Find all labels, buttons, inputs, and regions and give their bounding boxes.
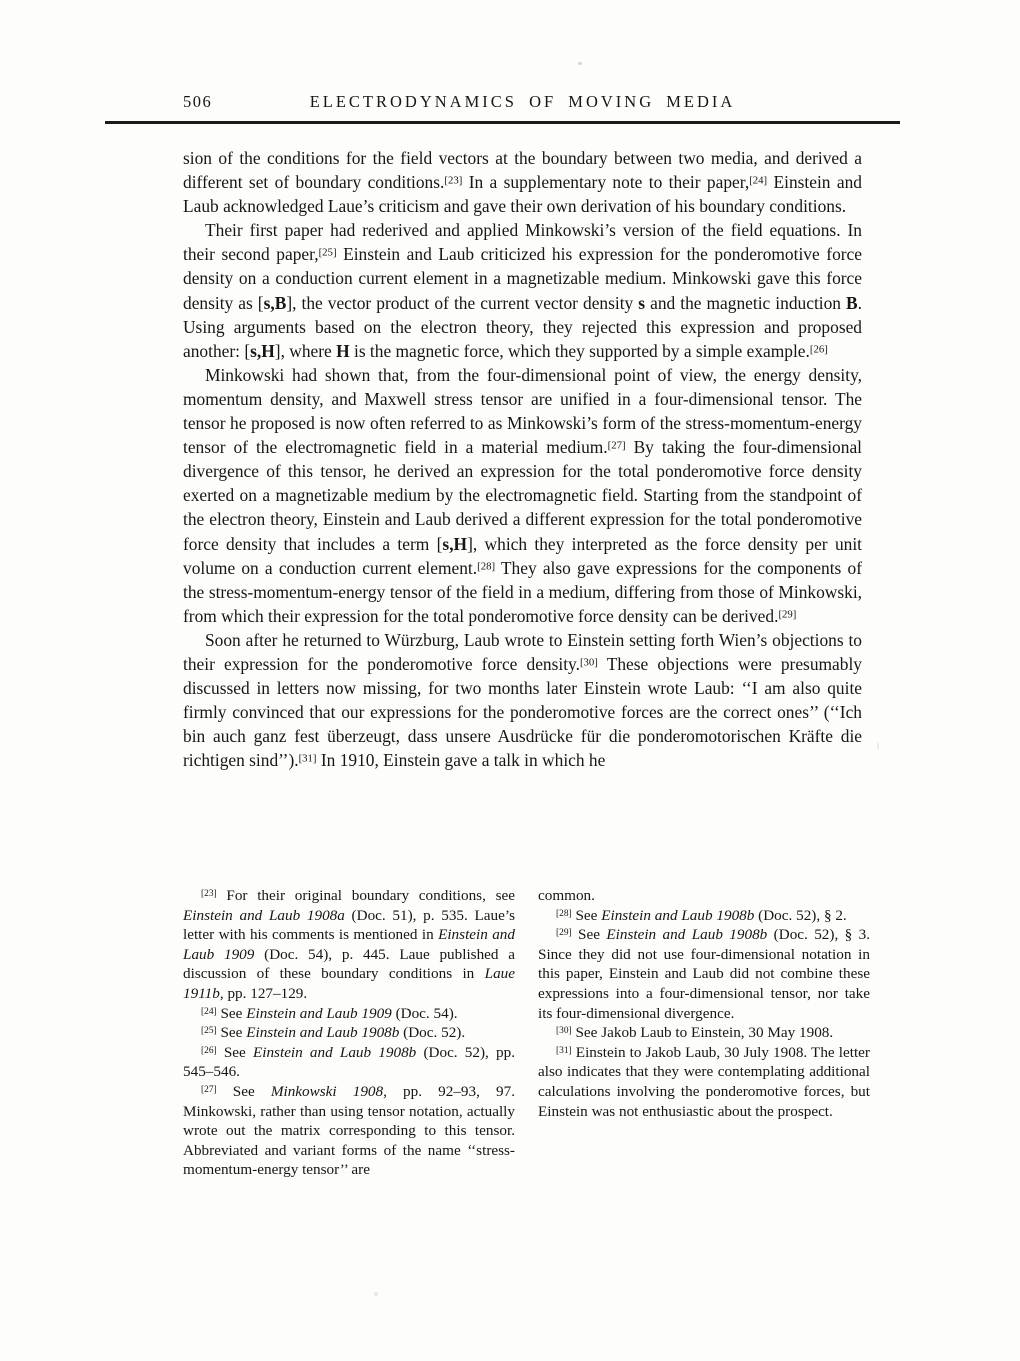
- footnote-ref: [28]: [556, 909, 572, 919]
- book-page: 506 ELECTRODYNAMICS OF MOVING MEDIA sion…: [0, 0, 1020, 1361]
- footnote: [23] For their original boundary conditi…: [183, 886, 515, 1004]
- footnote: [26] See Einstein and Laub 1908b (Doc. 5…: [183, 1043, 515, 1082]
- citation: Einstein and Laub 1908b: [601, 907, 754, 924]
- text-run: See Jakob Laub to Einstein, 30 May 1908.: [572, 1024, 834, 1041]
- citation: Einstein and Laub 1908b: [246, 1024, 399, 1041]
- footnote: [27] See Minkowski 1908, pp. 92–93, 97. …: [183, 1082, 515, 1180]
- text-run: Einstein to Jakob Laub, 30 July 1908. Th…: [538, 1044, 870, 1120]
- text-run: In 1910, Einstein gave a talk in which h…: [317, 750, 606, 770]
- body-text: sion of the conditions for the field vec…: [183, 146, 862, 772]
- footnote-ref: [28]: [477, 560, 495, 572]
- footnote-ref: [30]: [556, 1026, 572, 1036]
- scan-speck: [374, 1292, 378, 1296]
- text-run: ], where: [275, 341, 336, 361]
- footnote-ref: [23]: [444, 175, 462, 187]
- footnotes-right-column: common.[28] See Einstein and Laub 1908b …: [538, 886, 870, 1121]
- paragraph: Soon after he returned to Würzburg, Laub…: [183, 628, 862, 773]
- bold-symbol: B: [846, 293, 858, 313]
- footnote-ref: [29]: [778, 608, 796, 620]
- text-run: common.: [538, 887, 595, 904]
- footnote-ref: [25]: [201, 1026, 217, 1036]
- footnote-ref: [25]: [319, 247, 337, 259]
- footnote: [31] Einstein to Jakob Laub, 30 July 190…: [538, 1043, 870, 1121]
- citation: Einstein and Laub 1909: [246, 1005, 392, 1022]
- footnote-ref: [27]: [608, 440, 626, 452]
- text-run: See: [217, 1024, 247, 1041]
- bold-symbol: s,H: [250, 341, 275, 361]
- text-run: is the magnetic force, which they suppor…: [350, 341, 810, 361]
- scan-speck: [877, 742, 879, 750]
- footnote: [24] See Einstein and Laub 1909 (Doc. 54…: [183, 1004, 515, 1024]
- paragraph: Their first paper had rederived and appl…: [183, 218, 862, 363]
- bold-symbol: H: [336, 341, 350, 361]
- citation: Minkowski 1908: [271, 1083, 383, 1100]
- footnotes-left-column: [23] For their original boundary conditi…: [183, 886, 515, 1180]
- text-run: See: [217, 1044, 253, 1061]
- text-run: (Doc. 52), § 2.: [754, 907, 846, 924]
- paragraph: sion of the conditions for the field vec…: [183, 146, 862, 218]
- citation: Einstein and Laub 1908a: [183, 907, 345, 924]
- citation: Einstein and Laub 1908b: [606, 926, 767, 943]
- footnote-ref: [31]: [299, 753, 317, 765]
- header-rule: [105, 121, 900, 124]
- footnote: [28] See Einstein and Laub 1908b (Doc. 5…: [538, 906, 870, 926]
- page-header: 506 ELECTRODYNAMICS OF MOVING MEDIA: [183, 92, 862, 116]
- paragraph: Minkowski had shown that, from the four-…: [183, 363, 862, 628]
- text-run: See: [217, 1005, 247, 1022]
- footnote-ref: [27]: [201, 1085, 217, 1095]
- footnote-ref: [29]: [556, 928, 572, 938]
- footnote-ref: [26]: [810, 343, 828, 355]
- text-run: and the magnetic induction: [645, 293, 846, 313]
- footnote-ref: [26]: [201, 1046, 217, 1056]
- footnote-ref: [31]: [556, 1046, 572, 1056]
- bold-symbol: s,B: [264, 293, 287, 313]
- citation: Einstein and Laub 1908b: [253, 1044, 416, 1061]
- scan-speck: [578, 62, 582, 65]
- footnote: [29] See Einstein and Laub 1908b (Doc. 5…: [538, 925, 870, 1023]
- footnote-ref: [24]: [201, 1007, 217, 1017]
- footnote: common.: [538, 886, 870, 906]
- text-run: See: [572, 907, 602, 924]
- text-run: ], the vector product of the current vec…: [286, 293, 638, 313]
- text-run: (Doc. 52).: [399, 1024, 465, 1041]
- text-run: (Doc. 54).: [392, 1005, 458, 1022]
- text-run: In a supplementary note to their paper,: [462, 172, 749, 192]
- running-head: ELECTRODYNAMICS OF MOVING MEDIA: [183, 92, 862, 112]
- text-run: See: [217, 1083, 271, 1100]
- footnote-ref: [24]: [749, 175, 767, 187]
- bold-symbol: s,H: [442, 534, 467, 554]
- footnote: [30] See Jakob Laub to Einstein, 30 May …: [538, 1023, 870, 1043]
- footnote: [25] See Einstein and Laub 1908b (Doc. 5…: [183, 1023, 515, 1043]
- text-run: For their original boundary conditions, …: [217, 887, 515, 904]
- text-run: See: [572, 926, 607, 943]
- footnote-ref: [30]: [580, 656, 598, 668]
- footnote-ref: [23]: [201, 889, 217, 899]
- text-run: , pp. 127–129.: [220, 985, 307, 1002]
